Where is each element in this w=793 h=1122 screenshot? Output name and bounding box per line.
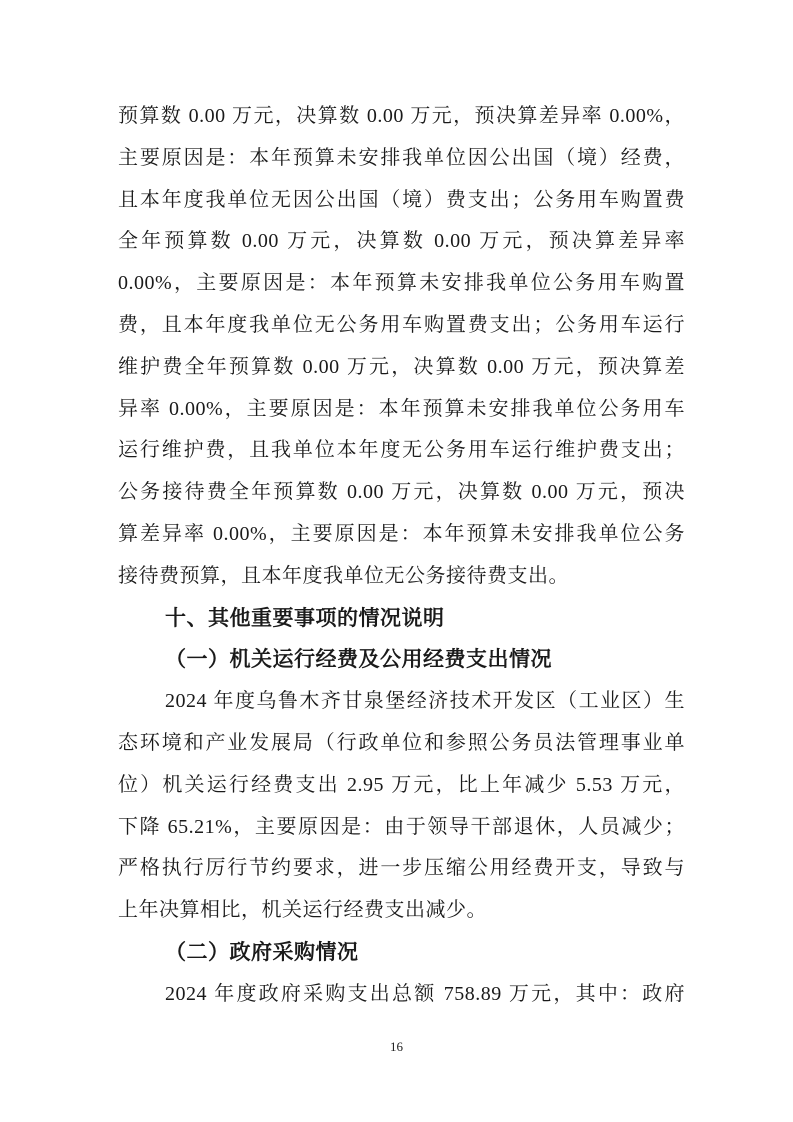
text-line: 公务接待费全年预算数 0.00 万元，决算数 0.00 万元，预决 bbox=[118, 472, 685, 514]
text-line: 预算数 0.00 万元，决算数 0.00 万元，预决算差异率 0.00%， bbox=[118, 96, 685, 138]
text-line: 维护费全年预算数 0.00 万元，决算数 0.00 万元，预决算差 bbox=[118, 347, 685, 389]
body-text: 预算数 0.00 万元，决算数 0.00 万元，预决算差异率 0.00%，主要原… bbox=[118, 96, 685, 1016]
text-line: 位）机关运行经费支出 2.95 万元，比上年减少 5.53 万元， bbox=[118, 765, 685, 807]
text-line: 上年决算相比，机关运行经费支出减少。 bbox=[118, 890, 685, 932]
text-line: 下降 65.21%，主要原因是：由于领导干部退休，人员减少； bbox=[118, 807, 685, 849]
text-line: 且本年度我单位无因公出国（境）费支出；公务用车购置费 bbox=[118, 180, 685, 222]
text-line: 运行维护费，且我单位本年度无公务用车运行维护费支出； bbox=[118, 430, 685, 472]
document-page: 预算数 0.00 万元，决算数 0.00 万元，预决算差异率 0.00%，主要原… bbox=[0, 0, 793, 1122]
text-line: 全年预算数 0.00 万元，决算数 0.00 万元，预决算差异率 bbox=[118, 221, 685, 263]
text-line: 严格执行厉行节约要求，进一步压缩公用经费开支，导致与 bbox=[118, 848, 685, 890]
page-number: 16 bbox=[390, 1039, 403, 1054]
text-line: 算差异率 0.00%，主要原因是：本年预算未安排我单位公务 bbox=[118, 514, 685, 556]
section-heading: 十、其他重要事项的情况说明 bbox=[118, 598, 685, 640]
text-line: 接待费预算，且本年度我单位无公务接待费支出。 bbox=[118, 556, 685, 598]
text-line: 主要原因是：本年预算未安排我单位因公出国（境）经费， bbox=[118, 138, 685, 180]
text-line: 费，且本年度我单位无公务用车购置费支出；公务用车运行 bbox=[118, 305, 685, 347]
text-line: 2024 年度政府采购支出总额 758.89 万元，其中：政府 bbox=[118, 974, 685, 1016]
page-footer: 16 bbox=[0, 1038, 793, 1056]
section-heading: （一）机关运行经费及公用经费支出情况 bbox=[118, 639, 685, 681]
text-line: 态环境和产业发展局（行政单位和参照公务员法管理事业单 bbox=[118, 723, 685, 765]
text-line: 2024 年度乌鲁木齐甘泉堡经济技术开发区（工业区）生 bbox=[118, 681, 685, 723]
text-line: 0.00%，主要原因是：本年预算未安排我单位公务用车购置 bbox=[118, 263, 685, 305]
section-heading: （二）政府采购情况 bbox=[118, 932, 685, 974]
text-line: 异率 0.00%，主要原因是：本年预算未安排我单位公务用车 bbox=[118, 389, 685, 431]
